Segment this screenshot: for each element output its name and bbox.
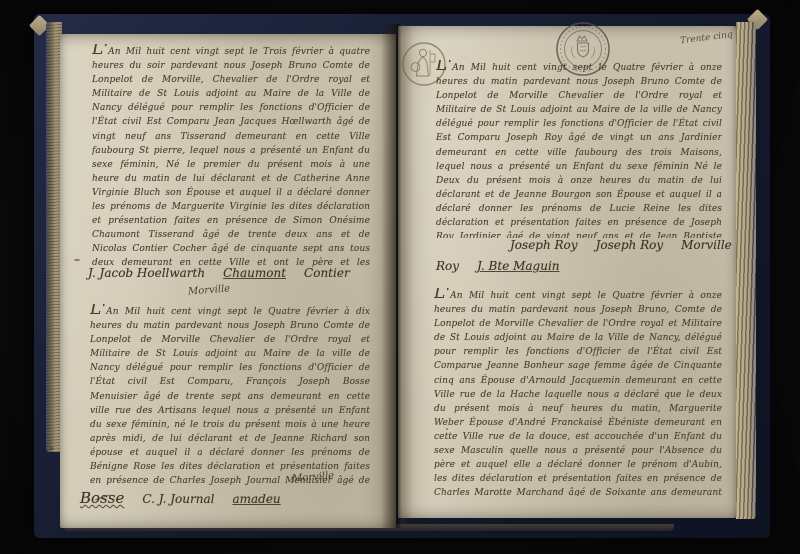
signature: J. Jacob Hoellwarth [88, 266, 205, 280]
signature: Contier [304, 266, 350, 280]
right-page: Trente cinq L'An Mil huit cent vingt sep… [398, 26, 736, 518]
signature: Joseph Roy [596, 238, 664, 252]
signature: Roy [436, 259, 459, 273]
page-block-fore-edge [736, 22, 756, 519]
ink-speck [74, 259, 80, 261]
manuscript-scan: L'An Mil huit cent vingt sept le Trois f… [0, 0, 800, 554]
left-page: L'An Mil huit cent vingt sept le Trois f… [60, 34, 396, 528]
birth-act-text: L'An Mil huit cent vingt sept le Trois f… [92, 44, 370, 268]
ink-speck [446, 428, 448, 430]
signature-row: Joseph Roy Joseph Roy Morville [510, 238, 732, 252]
signature: Joseph Roy [510, 238, 578, 252]
signature: C. J. Journal [142, 492, 214, 506]
signature: Chaumont [223, 266, 286, 280]
birth-act-text: L'An Mil huit cent vingt sept le Quatre … [436, 60, 722, 238]
signature-row: Roy J. Bte Maguin [436, 259, 560, 273]
signature: J. Bte Maguin [477, 259, 559, 273]
signature-row: J. Jacob Hoellwarth Chaumont Contier [88, 266, 350, 280]
birth-act-text: L'An Mil huit cent vingt sept le Quatre … [90, 304, 370, 486]
birth-act-text: L'An Mil huit cent vingt sept le Quatre … [434, 288, 722, 496]
signature: Morville [681, 238, 732, 252]
ink-speck [50, 447, 53, 450]
signature-row: Bosse C. J. Journal amadeu [80, 489, 281, 507]
officiant-signature: Morville [188, 284, 231, 298]
signature: amadeu [232, 492, 280, 506]
